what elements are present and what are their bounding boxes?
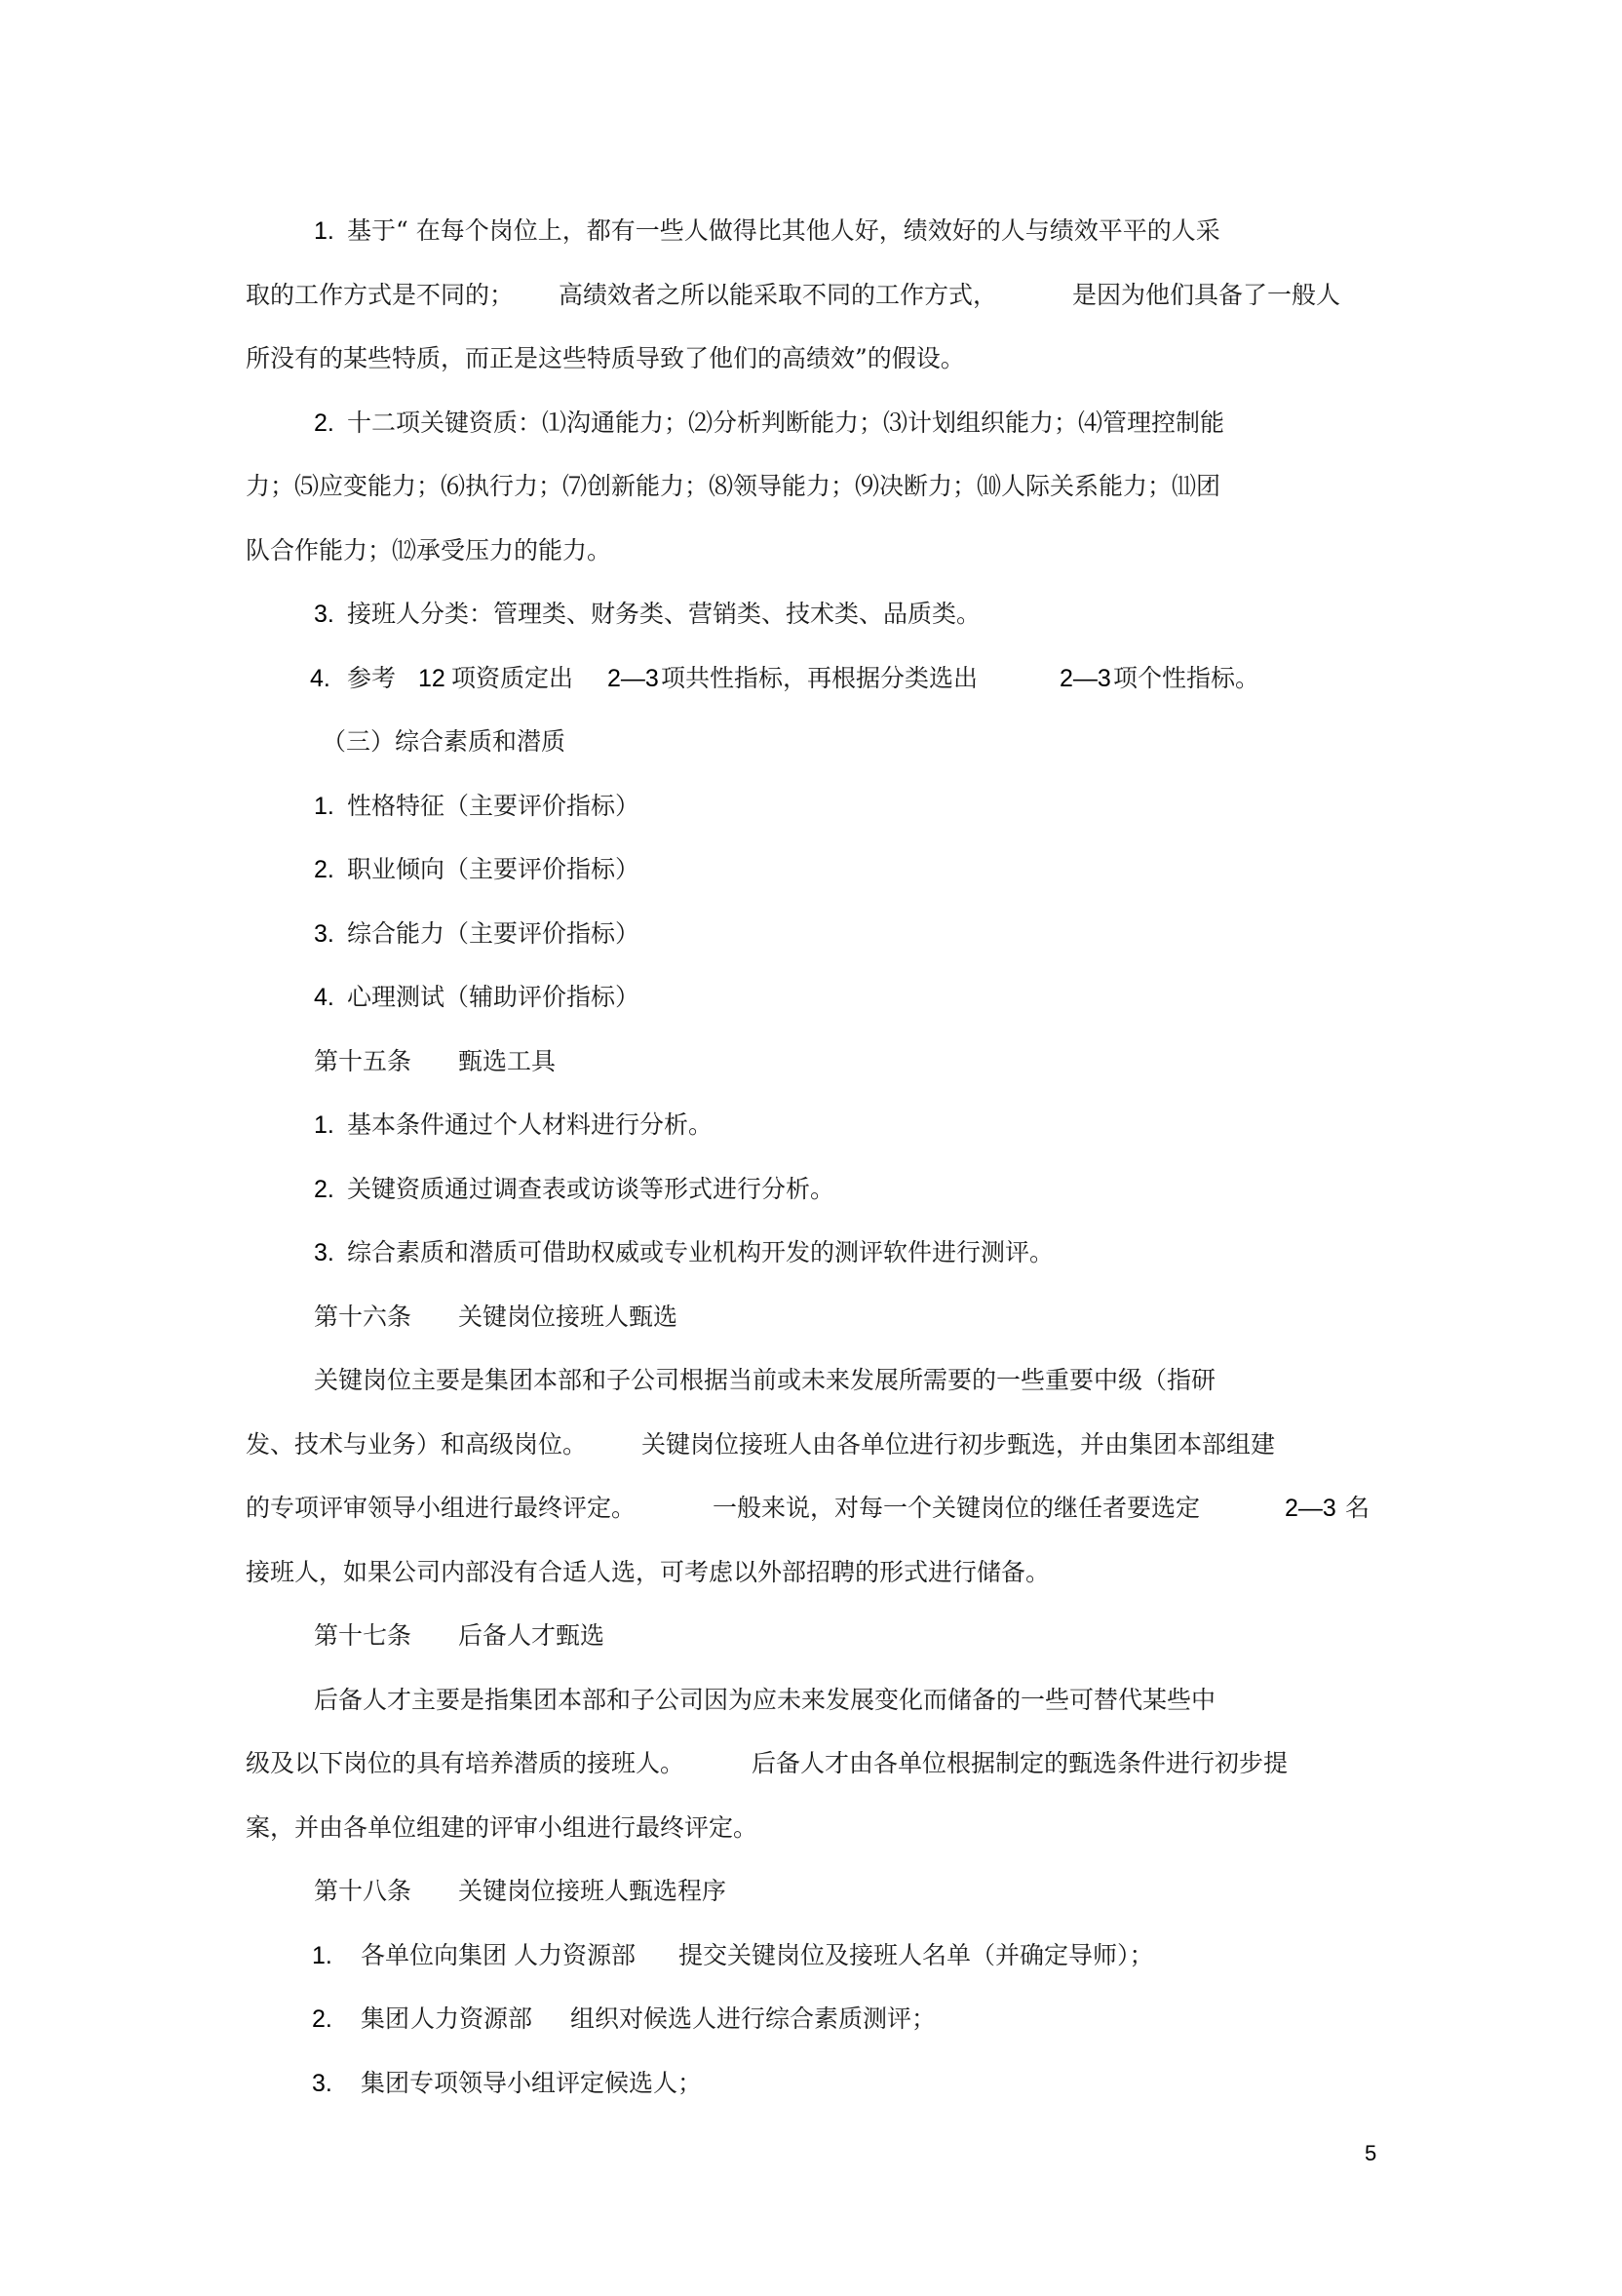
text-segment: 级及以下岗位的具有培养潜质的接班人。	[246, 1748, 684, 1779]
list-number: 2—3	[607, 663, 659, 694]
text-segment: 十二项关键资质：⑴沟通能力；⑵分析判断能力；⑶计划组织能力；⑷管理控制能	[347, 408, 1224, 439]
list-number: 1.	[314, 1109, 334, 1141]
list-number: 3.	[314, 1237, 334, 1268]
text-segment: 综合素质和潜质可借助权威或专业机构开发的测评软件进行测评。	[347, 1237, 1054, 1268]
text-segment: 性格特征（主要评价指标）	[347, 791, 639, 822]
text-segment: 项个性指标。	[1113, 663, 1259, 694]
text-segment: 综合能力（主要评价指标）	[347, 918, 639, 950]
text-segment: 项资质定出	[451, 663, 573, 694]
list-number: 4.	[314, 982, 334, 1013]
text-segment: 人力资源部	[410, 2004, 532, 2035]
text-segment: 集团	[361, 2004, 409, 2035]
list-number: 1.	[314, 791, 334, 822]
text-segment: 发、技术与业务）和高级岗位。	[246, 1429, 587, 1460]
text-segment: 队合作能力；⑿承受压力的能力。	[246, 535, 611, 566]
text-segment: 一般来说，对每一个关键岗位的继任者要选定	[713, 1493, 1200, 1524]
text-segment: 甄选工具	[458, 1046, 556, 1077]
document-page: 1.基于“ 在每个岗位上，都有一些人做得比其他人好，绩效好的人与绩效平平的人采取…	[0, 0, 1622, 2296]
text-segment: 力；⑸应变能力；⑹执行力；⑺创新能力；⑻领导能力；⑼决断力；⑽人际关系能力；⑾团	[246, 471, 1220, 502]
text-segment: 高绩效者之所以能采取不同的工作方式，	[559, 280, 997, 311]
text-segment: 组织对候选人进行综合素质测评；	[570, 2004, 936, 2035]
list-number: 2.	[312, 2004, 332, 2035]
text-segment: 职业倾向（主要评价指标）	[347, 854, 639, 885]
text-segment: 关键岗位主要是集团本部和子公司根据当前或未来发展所需要的一些重要中级（指研	[314, 1365, 1216, 1396]
text-segment: （三）综合素质和潜质	[322, 726, 565, 758]
page-number: 5	[1365, 2141, 1376, 2166]
text-segment: 后备人才甄选	[458, 1620, 604, 1652]
text-segment: 关键岗位接班人甄选	[458, 1302, 677, 1333]
list-number: 3.	[314, 918, 334, 950]
list-number: 2.	[314, 408, 334, 439]
text-segment: 接班人，如果公司内部没有合适人选，可考虑以外部招聘的形式进行储备。	[246, 1557, 1050, 1588]
list-number: 2.	[314, 854, 334, 885]
text-segment: 关键岗位接班人甄选程序	[458, 1876, 726, 1907]
list-number: 2—3	[1285, 1493, 1336, 1524]
list-number: 1.	[312, 1940, 332, 1971]
text-segment: 第十五条	[314, 1046, 411, 1077]
text-segment: 关键岗位接班人由各单位进行初步甄选，并由集团本部组建	[641, 1429, 1275, 1460]
text-segment: 接班人分类：管理类、财务类、营销类、技术类、品质类。	[347, 599, 981, 630]
list-number: 4.	[310, 663, 330, 694]
text-segment: 关键资质通过调查表或访谈等形式进行分析。	[347, 1174, 834, 1205]
list-number: 3.	[314, 599, 334, 630]
text-segment: 基于“ 在每个岗位上，都有一些人做得比其他人好，绩效好的人与绩效平平的人采	[347, 215, 1220, 247]
text-segment: 名	[1345, 1493, 1370, 1524]
text-segment: 后备人才由各单位根据制定的甄选条件进行初步提	[752, 1748, 1288, 1779]
text-segment: 各单位向集团	[361, 1940, 507, 1971]
list-number: 3.	[312, 2068, 332, 2099]
text-segment: 第十六条	[314, 1302, 411, 1333]
text-segment: 集团专项领导小组评定候选人；	[361, 2068, 702, 2099]
text-segment: 第十七条	[314, 1620, 411, 1652]
list-number: 1.	[314, 215, 334, 247]
text-segment: 参考	[347, 663, 396, 694]
text-segment: 项共性指标，再根据分类选出	[661, 663, 978, 694]
text-segment: 是因为他们具备了一般人	[1072, 280, 1340, 311]
text-segment: 心理测试（辅助评价指标）	[347, 982, 639, 1013]
text-segment: 后备人才主要是指集团本部和子公司因为应未来发展变化而储备的一些可替代某些中	[314, 1685, 1216, 1716]
text-segment: 的专项评审领导小组进行最终评定。	[246, 1493, 636, 1524]
text-segment: 基本条件通过个人材料进行分析。	[347, 1109, 713, 1141]
text-segment: 所没有的某些特质，而正是这些特质导致了他们的高绩效”的假设。	[246, 343, 965, 374]
list-number: 12	[418, 663, 445, 694]
text-segment: 提交关键岗位及接班人名单（并确定导师）；	[678, 1940, 1154, 1971]
list-number: 2—3	[1060, 663, 1111, 694]
text-segment: 人力资源部	[514, 1940, 636, 1971]
text-segment: 取的工作方式是不同的；	[246, 280, 514, 311]
list-number: 2.	[314, 1174, 334, 1205]
text-segment: 第十八条	[314, 1876, 411, 1907]
text-segment: 案，并由各单位组建的评审小组进行最终评定。	[246, 1812, 757, 1844]
